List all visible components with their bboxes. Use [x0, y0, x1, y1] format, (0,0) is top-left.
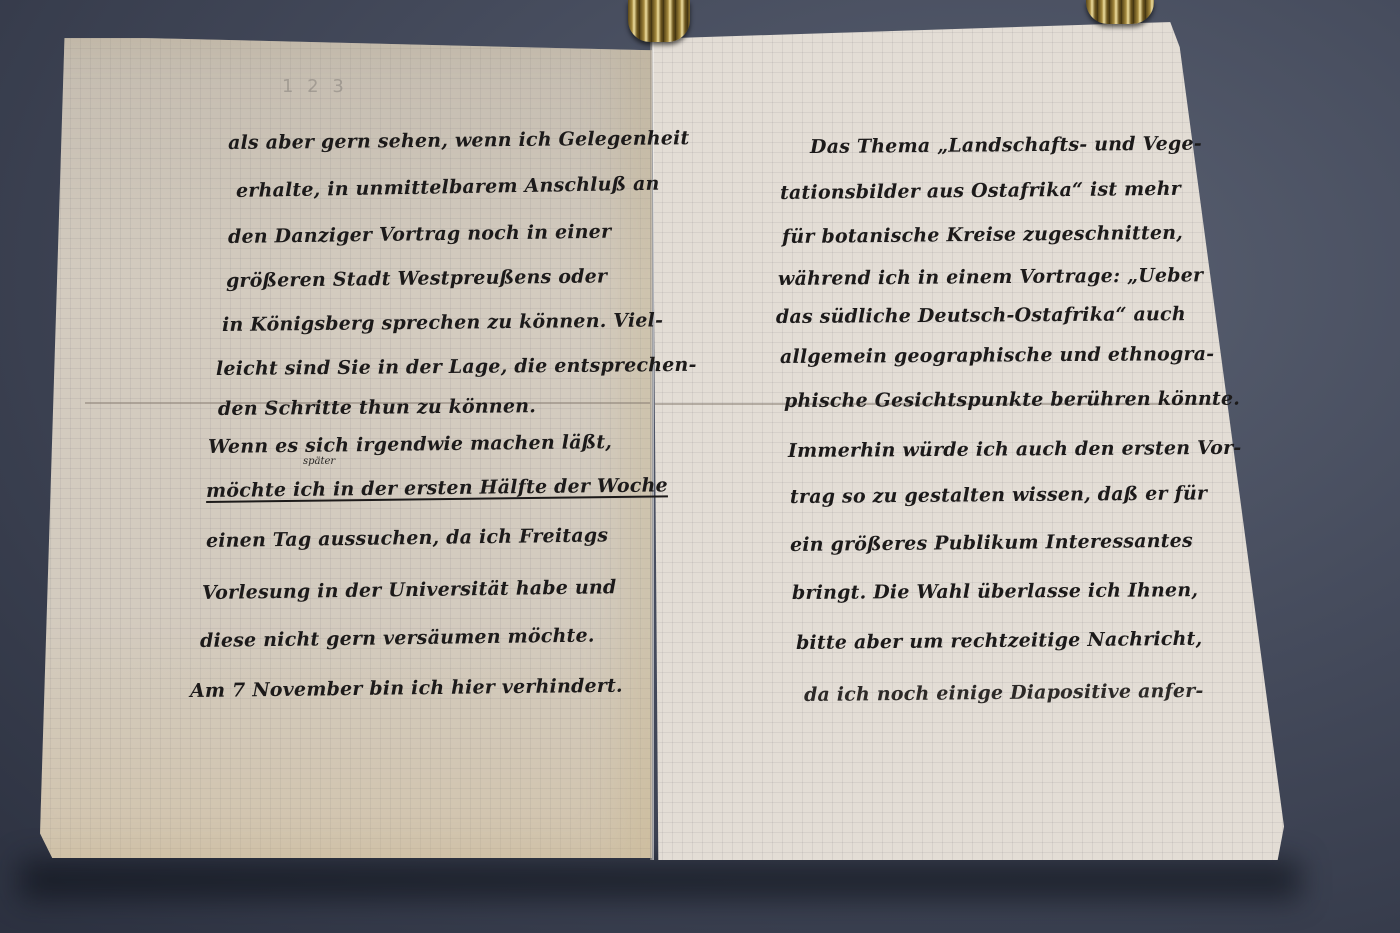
brass-clip-left — [628, 0, 690, 42]
handwritten-line: bringt. Die Wahl überlasse ich Ihnen, — [792, 579, 1198, 604]
handwritten-line: trag so zu gestalten wissen, daß er für — [790, 482, 1207, 508]
handwritten-line: den Schritte thun zu können. — [218, 395, 536, 420]
handwritten-line: Immerhin würde ich auch den ersten Vor- — [788, 437, 1242, 462]
handwritten-line: da ich noch einige Diapositive anfer- — [804, 680, 1204, 706]
handwritten-line: größeren Stadt Westpreußens oder — [226, 265, 607, 292]
handwritten-line: das südliche Deutsch-Ostafrika“ auch — [776, 303, 1186, 328]
handwritten-line: in Königsberg sprechen zu können. Viel- — [222, 309, 663, 336]
handwritten-line: phische Gesichtspunkte berühren könnte. — [784, 388, 1240, 412]
handwritten-line: bitte aber um rechtzeitige Nachricht, — [796, 628, 1203, 654]
handwritten-line: leicht sind Sie in der Lage, die entspre… — [216, 354, 697, 380]
pencil-page-number: 1 2 3 — [282, 76, 348, 97]
handwritten-line: während ich in einem Vortrage: „Ueber — [778, 264, 1203, 290]
brass-clip-right — [1086, 0, 1154, 24]
handwritten-line: ein größeres Publikum Interessantes — [790, 530, 1193, 556]
page-shadow — [20, 860, 1300, 900]
handwritten-line: für botanische Kreise zugeschnitten, — [782, 222, 1183, 248]
interlinear-insertion: später — [303, 456, 335, 467]
handwritten-line: tationsbilder aus Ostafrika“ ist mehr — [780, 178, 1181, 204]
handwritten-line: allgemein geographische und ethnogra- — [780, 343, 1214, 368]
center-fold — [650, 40, 654, 860]
handwritten-line: Das Thema „Landschafts- und Vege- — [810, 133, 1202, 158]
